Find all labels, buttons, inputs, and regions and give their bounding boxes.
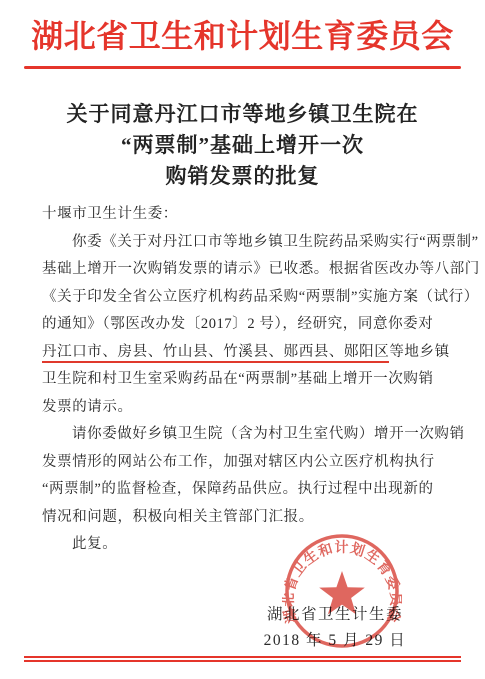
body-line-counties: 丹江口市、房县、竹山县、竹溪县、郧西县、郧阳区等地乡镇	[42, 339, 447, 367]
document-title-line-2: “两票制”基础上增开一次	[0, 130, 485, 161]
body-line-9: 发票情形的网站公布工作，加强对辖区内公立医疗机构执行	[42, 449, 447, 477]
body-line-6: 卫生院和村卫生室采购药品在“两票制”基础上增开一次购销	[42, 366, 447, 394]
body-line-8: 请你委做好乡镇卫生院（含为村卫生室代购）增开一次购销	[42, 421, 447, 449]
letterhead-divider-rule	[24, 66, 461, 69]
document-title-line-1: 关于同意丹江口市等地乡镇卫生院在	[0, 99, 485, 130]
letter-body: 十堰市卫生计生委： 你委《关于对丹江口市等地乡镇卫生院药品采购实行“两票制” 基…	[42, 201, 447, 559]
body-line-4: 的通知》（鄂医改办发〔2017〕2 号），经研究，同意你委对	[42, 311, 447, 339]
body-line-2: 基础上增开一次购销发票的请示》已收悉。根据省医改办等八部门	[42, 256, 447, 284]
stamp-star-icon	[319, 571, 365, 614]
body-line-3: 《关于印发全省公立医疗机构药品采购“两票制”实施方案（试行）	[42, 284, 447, 312]
after-underline-text: 等地乡镇	[389, 344, 449, 360]
underlined-county-list: 丹江口市、房县、竹山县、竹溪县、郧西县、郧阳区	[42, 344, 389, 363]
salutation: 十堰市卫生计生委：	[42, 201, 447, 229]
body-line-7: 发票的请示。	[42, 394, 447, 422]
body-line-1: 你委《关于对丹江口市等地乡镇卫生院药品采购实行“两票制”	[42, 229, 447, 257]
document-page: 湖北省卫生和计划生育委员会 关于同意丹江口市等地乡镇卫生院在 “两票制”基础上增…	[0, 0, 485, 679]
body-line-10: “两票制”的监督检查，保障药品供应。执行过程中出现新的	[42, 476, 447, 504]
document-title: 关于同意丹江口市等地乡镇卫生院在 “两票制”基础上增开一次 购销发票的批复	[0, 99, 485, 192]
body-line-11: 情况和问题，积极向相关主管部门汇报。	[42, 504, 447, 532]
official-seal-stamp-icon: 湖北省卫生和计划生育委员会	[282, 531, 402, 651]
document-title-line-3: 购销发票的批复	[0, 161, 485, 192]
letterhead-org-name: 湖北省卫生和计划生育委员会	[0, 17, 485, 55]
footer-double-rule	[24, 656, 461, 662]
